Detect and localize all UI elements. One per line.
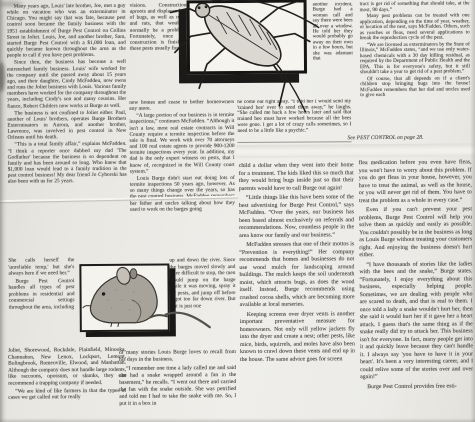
article-paragraph: “We are kind of like farmers in that the… [8,387,126,401]
article-paragraph: Louis Burge didn't start out doing lots … [130,175,235,213]
article-paragraph: of many stories Louis Burge loves to rec… [119,349,236,364]
article-paragraph: Many years ago, Louis' late brother, Joe… [7,3,126,59]
jump-line-to: See PEST CONTROL on page 28. [347,135,423,142]
column-3-lower: child a dollar when they went into their… [239,162,356,422]
article-paragraph: She calls herself the 'unreliable temp,'… [8,257,74,277]
article-paragraph: The business is not confined to Joliet e… [7,109,126,141]
mouse-illustration [81,265,167,328]
article-paragraph: tract is get rid of something that shoul… [360,1,470,13]
article-paragraph: Even if you can't prevent your pest prob… [359,206,472,259]
column-1-lower: Joliet, Shorewood, Rockdale, Plainfield,… [8,347,127,422]
article-paragraph: McFadden stresses that one of their mott… [239,241,354,309]
article-paragraph: Of course, that all depends on if a clie… [360,76,470,99]
scan-edge-shadow-bottom [0,418,475,422]
column-4-upper: is that your con- tract is get rid of so… [360,0,471,135]
mouse-tail [166,305,212,335]
article-paragraph: up and down the river. Since the barges … [169,257,235,309]
article-paragraph: “I have thousands of stories like the la… [359,261,473,382]
newspaper-scan-page: Many years ago, Louis' late brother, Joe… [0,0,475,422]
article-paragraph: “Little things like this have been some … [239,194,354,240]
article-paragraph: Keeping screens over dryer vents is anot… [240,311,355,364]
column-1-upper: Many years ago, Louis' late brother, Joe… [7,3,128,257]
column-1-wrap-left-of-mouse: She calls herself the 'unreliable temp,'… [8,257,75,345]
article-paragraph: “We are licensed as exterminators by the… [360,42,470,76]
article-paragraph: Joliet, Shorewood, Rockdale, Plainfield,… [8,347,126,387]
column-4-lower: flea medication before you even have fle… [359,159,474,421]
article-paragraph: “This is a total family affair,” explain… [8,141,127,185]
article-paragraph: “I remember one time a lady called me an… [119,365,236,408]
article-paragraph: flea medication before you even have fle… [359,159,472,205]
clipping-seam-band [237,143,475,158]
cockroach-illustration [147,0,338,129]
scan-edge-shadow-right [470,0,475,422]
article-paragraph: Burge Pest Control provides free esti- [360,383,473,391]
article-clipping: Many years ago, Louis' late brother, Joe… [0,0,475,422]
article-paragraph: Many pest problems can be treated with o… [360,13,470,41]
article-paragraph: child a dollar when they went into their… [239,162,354,193]
article-paragraph: Since then, the business has become a we… [7,59,126,109]
column-2-lower: of many stories Louis Burge loves to rec… [119,349,237,422]
article-paragraph: Burge Pest Control handles all types of … [8,278,74,311]
